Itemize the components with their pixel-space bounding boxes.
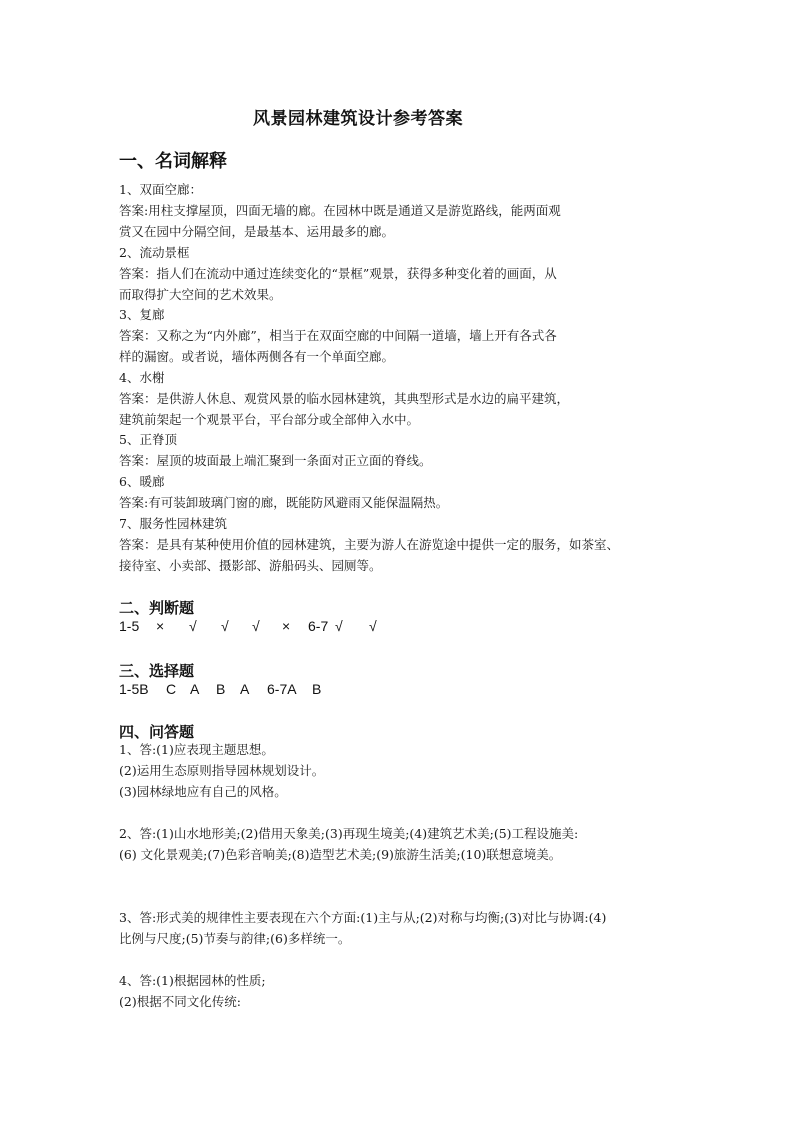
term-1-label: 1、双面空廊：	[119, 182, 202, 198]
mc-answer-6: 6-7A	[267, 681, 297, 697]
tf-answer-6: √	[335, 618, 343, 634]
tf-answer-1: ×	[156, 618, 164, 634]
term-4-label: 4、水榭	[119, 370, 164, 386]
term-5-label: 5、正脊顶	[119, 432, 177, 448]
q3-answer-2: 比例与尺度;(5)节奏与韵律;(6)多样统一。	[119, 931, 350, 947]
term-6-label: 6、暖廊	[119, 474, 164, 490]
term-3-answer-cont: 样的漏窗。或者说，墙体两侧各有一个单面空廊。	[119, 349, 394, 365]
mc-answer-2: C	[166, 681, 176, 697]
term-4-answer: 答案：是供游人休息、观赏风景的临水园林建筑，其典型形式是水边的扁平建筑，	[119, 391, 569, 407]
q4-answer-1: 4、答:(1)根据园林的性质;	[119, 973, 266, 989]
term-7-label: 7、服务性园林建筑	[119, 516, 227, 532]
term-5-answer: 答案：屋顶的坡面最上端汇聚到一条面对正立面的脊线。	[119, 453, 432, 469]
tf-answer-4: √	[252, 618, 260, 634]
term-2-answer-cont: 而取得扩大空间的艺术效果。	[119, 287, 282, 303]
term-3-answer: 答案：又称之为“内外廊”，相当于在双面空廊的中间隔一道墙，墙上开有各式各	[119, 328, 557, 344]
term-7-answer: 答案：是具有某种使用价值的园林建筑，主要为游人在游览途中提供一定的服务，如茶室、	[119, 537, 619, 553]
q3-answer-1: 3、答:形式美的规律性主要表现在六个方面:(1)主与从;(2)对称与均衡;(3)…	[119, 910, 606, 926]
document-title: 风景园林建筑设计参考答案	[0, 104, 716, 129]
section-heading-definitions: 一、名词解释	[119, 147, 227, 173]
true-false-answers: 1-5 × √ √ √ × 6-7 √ √	[119, 618, 519, 636]
mc-answer-5: A	[240, 681, 249, 697]
term-6-answer: 答案:有可装卸玻璃门窗的廊，既能防风避雨又能保温隔热。	[119, 495, 448, 511]
term-2-answer: 答案：指人们在流动中通过连续变化的“景框”观景，获得多种变化着的画面，从	[119, 266, 557, 282]
section-heading-short-answer: 四、问答题	[119, 721, 194, 742]
tf-range-6-7: 6-7	[308, 618, 328, 634]
q2-answer-2: (6) 文化景观美;(7)色彩音响美;(8)造型艺术美;(9)旅游生活美;(10…	[119, 847, 561, 863]
mc-answer-3: A	[190, 681, 199, 697]
tf-answer-5: ×	[282, 618, 290, 634]
term-1-answer-cont: 赏又在园中分隔空间，是最基本、运用最多的廊。	[119, 224, 394, 240]
tf-answer-2: √	[189, 618, 197, 634]
mc-answer-7: B	[312, 681, 321, 697]
tf-range-1-5: 1-5	[119, 618, 139, 634]
tf-answer-3: √	[221, 618, 229, 634]
q1-answer-2: (2)运用生态原则指导园林规划设计。	[119, 763, 324, 779]
term-2-label: 2、流动景框	[119, 245, 189, 261]
mc-answer-4: B	[216, 681, 225, 697]
tf-answer-7: √	[369, 618, 377, 634]
mc-answer-1: 1-5B	[119, 681, 149, 697]
q2-answer-1: 2、答:(1)山水地形美;(2)借用天象美;(3)再现生境美;(4)建筑艺术美;…	[119, 826, 578, 842]
section-heading-multiple-choice: 三、选择题	[119, 660, 194, 681]
term-7-answer-cont: 接待室、小卖部、摄影部、游船码头、园厕等。	[119, 558, 382, 574]
q1-answer-3: (3)园林绿地应有自己的风格。	[119, 784, 287, 800]
document-page: 风景园林建筑设计参考答案 一、名词解释 1、双面空廊： 答案:用柱支撑屋顶，四面…	[0, 0, 793, 1122]
term-3-label: 3、复廊	[119, 307, 164, 323]
term-1-answer: 答案:用柱支撑屋顶，四面无墙的廊。在园林中既是通道又是游览路线，能两面观	[119, 203, 561, 219]
term-4-answer-cont: 建筑前架起一个观景平台，平台部分或全部伸入水中。	[119, 412, 419, 428]
section-heading-true-false: 二、判断题	[119, 597, 194, 618]
q1-answer-1: 1、答:(1)应表现主题思想。	[119, 742, 274, 758]
q4-answer-2: (2)根据不同文化传统:	[119, 994, 241, 1010]
multiple-choice-answers: 1-5B C A B A 6-7A B	[119, 681, 519, 699]
